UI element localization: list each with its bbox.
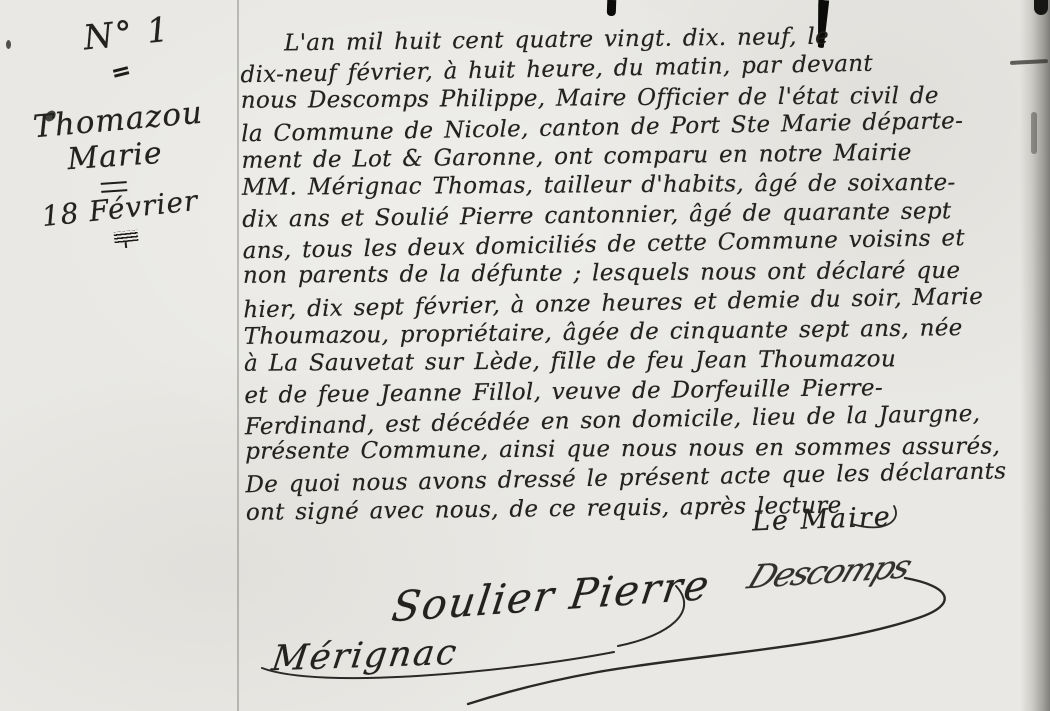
registry-page-scan: N° 1 Thomazou Marie 18 Février L'an mil … (0, 0, 1050, 711)
ink-bleed-mark (607, 0, 617, 16)
margin-rule-line (237, 0, 239, 711)
body-line: MM. Mérignac Thomas, tailleur d'habits, … (242, 169, 1038, 204)
flourish-mark (113, 66, 128, 73)
act-number: N° 1 (60, 7, 193, 60)
mayor-signature: Descomps (742, 547, 916, 597)
ink-blot (1034, 0, 1048, 15)
witness-signature-soulier: Soulier Pierre (389, 561, 714, 632)
witness-signature-merignac: Mérignac (269, 633, 460, 680)
body-line: à La Sauvetat sur Lède, fille de feu Jea… (244, 344, 1040, 379)
ink-speck (6, 40, 11, 49)
act-body-text: L'an mil huit cent quatre vingt. dix. ne… (240, 20, 1042, 528)
date-underline-flourish (113, 230, 138, 243)
closing-title: Le Maire (752, 502, 893, 538)
